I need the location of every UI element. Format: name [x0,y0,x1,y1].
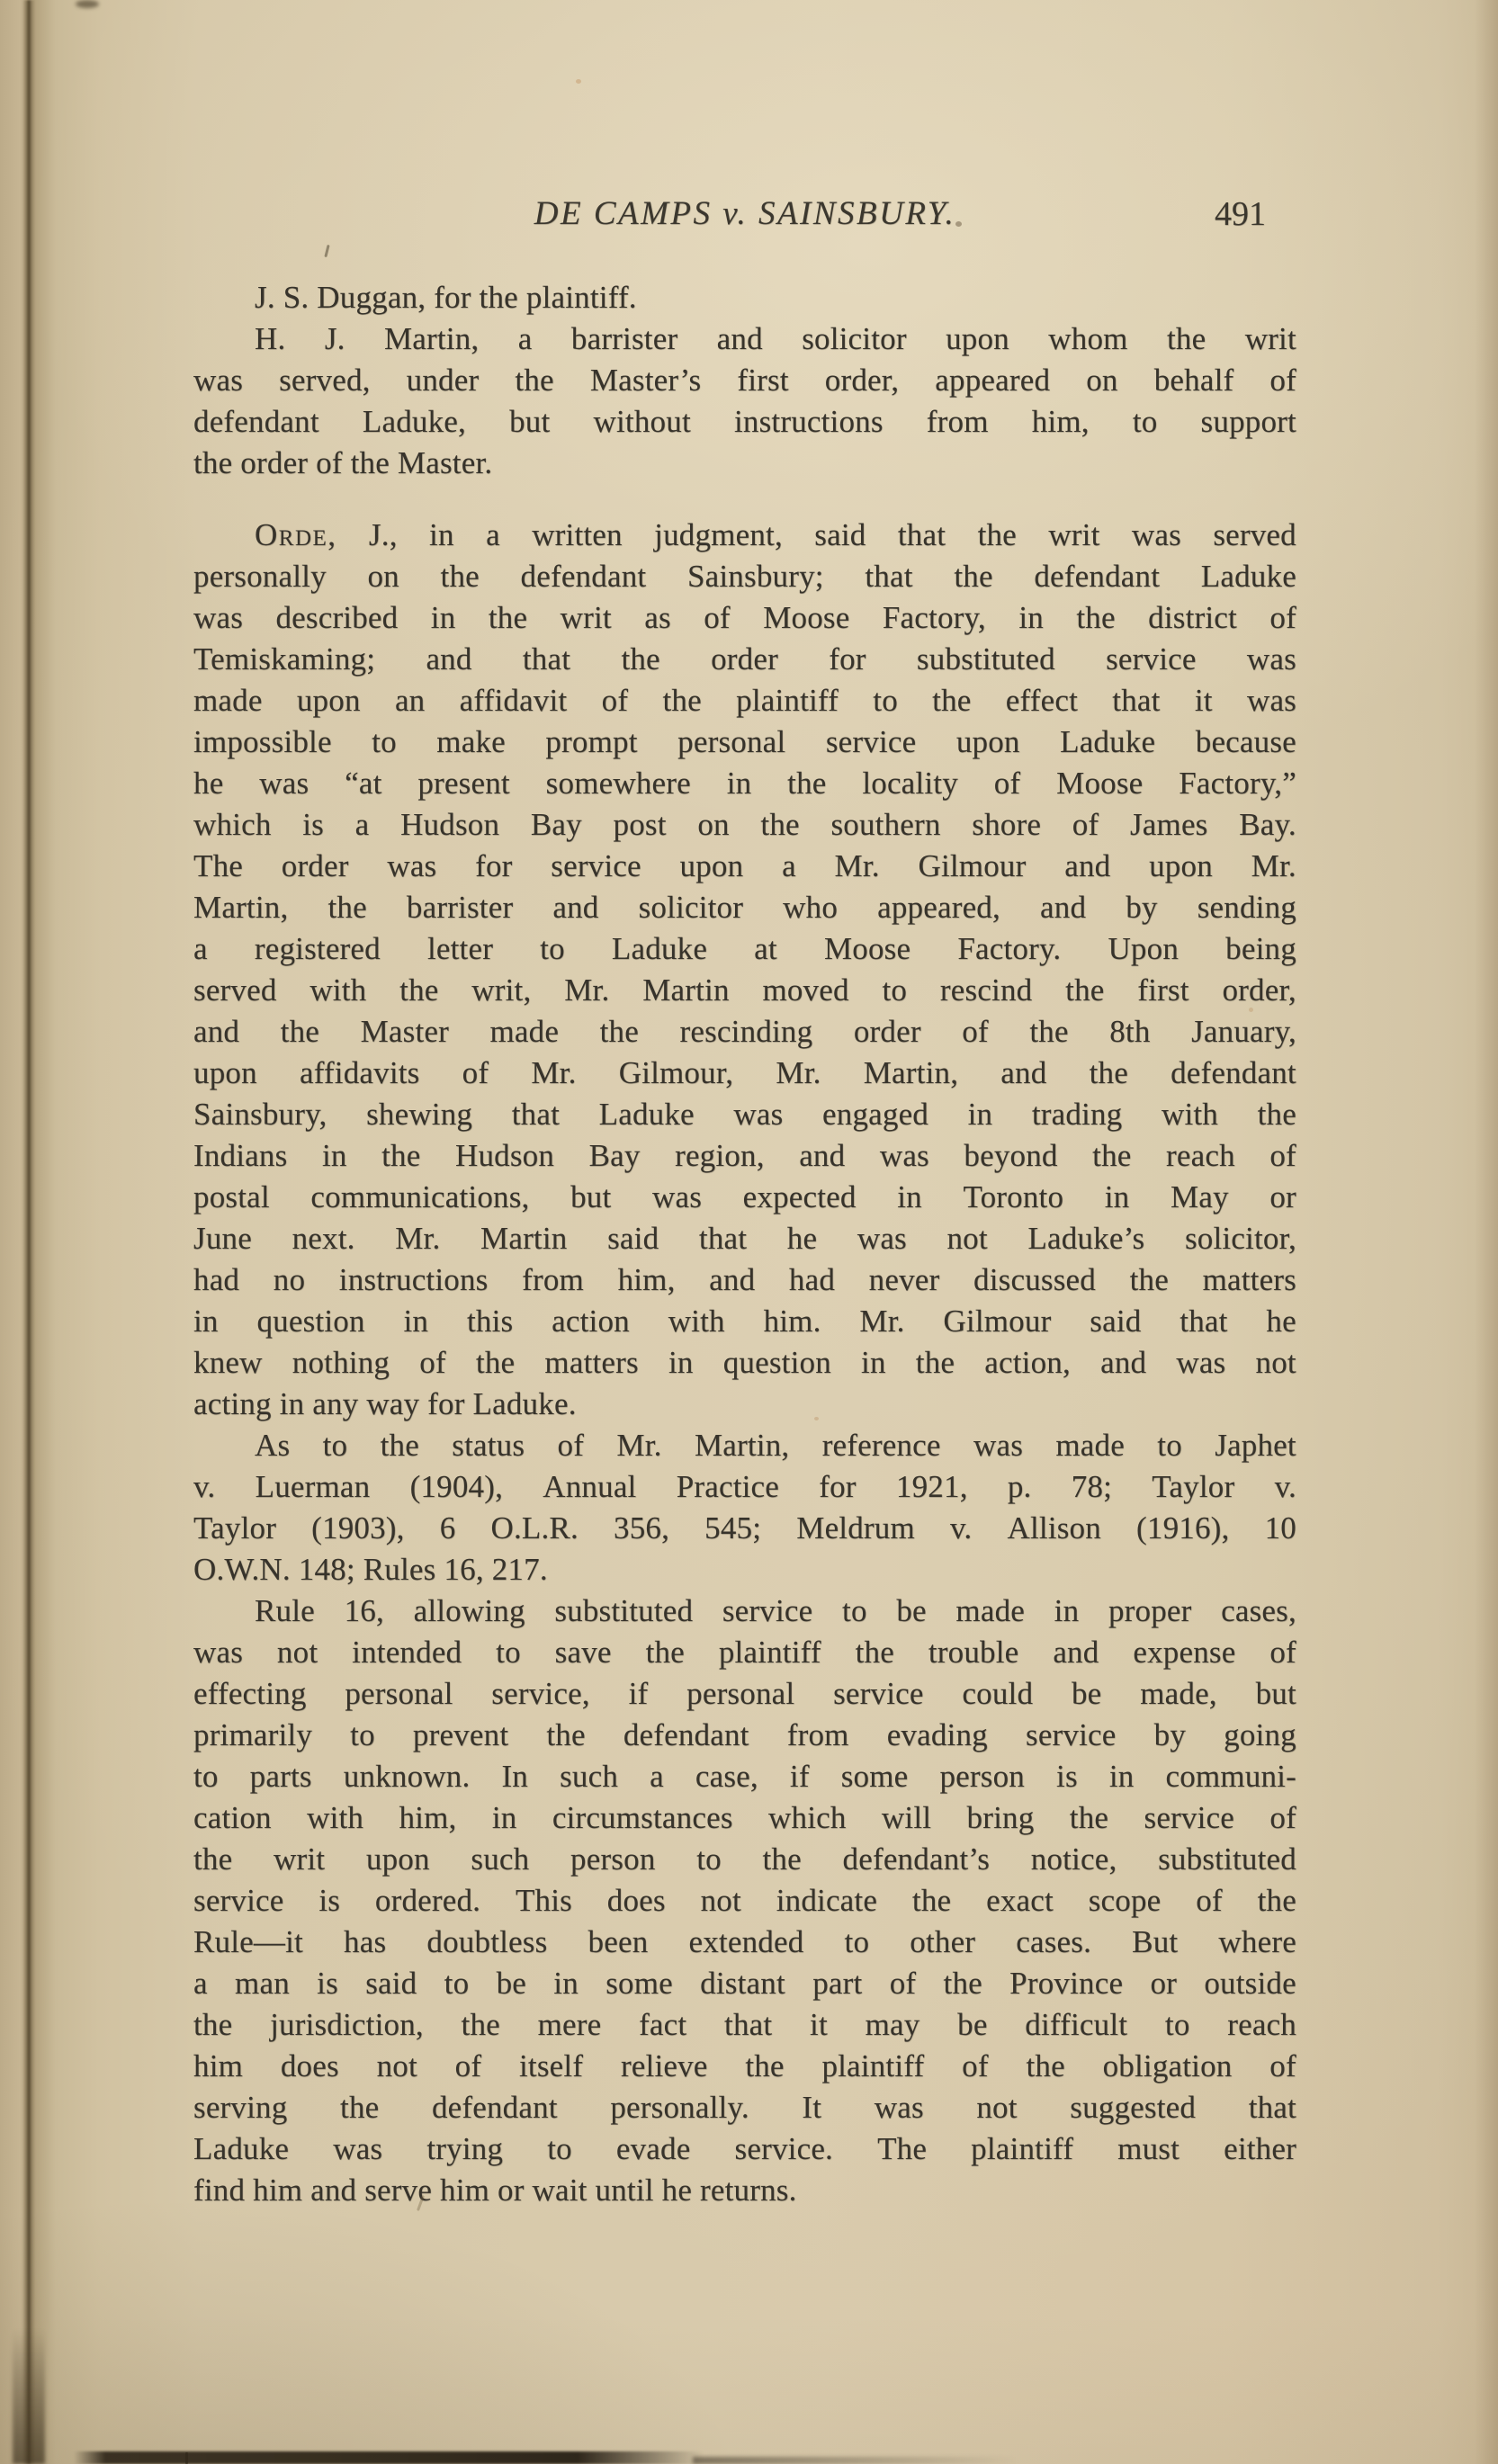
text-line: himdoesnotofitselfrelievetheplaintiffoft… [193,2046,1296,2087]
text-line: find him and serve him or wait until he … [193,2170,1296,2211]
text-line: uponaffidavitsofMr.Gilmour,Mr.Martin,and… [193,1053,1296,1094]
text-line: Ladukewastryingtoevadeservice.Theplainti… [193,2128,1296,2170]
text-line: hewas“atpresentsomewhereinthelocalityofM… [193,763,1296,804]
text-line: whichisaHudsonBaypostonthesouthernshoreo… [193,804,1296,846]
text-line: Taylor(1903),6O.L.R.356,545;Meldrumv.All… [193,1508,1296,1549]
text-line: defendantLaduke,butwithoutinstructionsfr… [193,401,1296,443]
text-line: H.J.Martin,abarristerandsolicitoruponwho… [193,318,1296,360]
paragraph: Orde,J.,inawrittenjudgment,saidthatthewr… [193,515,1296,1425]
text-line: primarilytopreventthedefendantfromevadin… [193,1715,1296,1756]
paragraph: H.J.Martin,abarristerandsolicitoruponwho… [193,318,1296,484]
text-line: thejurisdiction,themerefactthatitmaybedi… [193,2004,1296,2046]
running-header-case-title: DE CAMPS v. SAINSBURY. [193,194,1296,233]
text-line: personallyonthedefendantSainsbury;thatth… [193,556,1296,597]
text-line: servedwiththewrit,Mr.Martinmovedtorescin… [193,970,1296,1011]
text-line: Sainsbury,shewingthatLadukewasengagedint… [193,1094,1296,1135]
text-line: wasnotintendedtosavetheplaintiffthetroub… [193,1632,1296,1673]
text-line: thewrituponsuchpersontothedefendant’snot… [193,1839,1296,1880]
text-line: postalcommunications,butwasexpectedinTor… [193,1177,1296,1218]
text-line: IndiansintheHudsonBayregion,andwasbeyond… [193,1135,1296,1177]
text-line: impossibletomakepromptpersonalserviceupo… [193,721,1296,763]
text-line: J. S. Duggan, for the plaintiff. [193,277,1296,318]
text-line: AstothestatusofMr.Martin,referencewasmad… [193,1425,1296,1466]
text-line: v.Luerman(1904),AnnualPracticefor1921,p.… [193,1466,1296,1508]
text-line: knewnothingofthemattersinquestionintheac… [193,1342,1296,1384]
page-number: 491 [1215,194,1266,234]
text-line: andtheMastermadetherescindingorderofthe8… [193,1011,1296,1053]
paper-speck [576,79,581,84]
judgment-text: J. S. Duggan, for the plaintiff.H.J.Mart… [193,277,1296,2211]
text-line: TheorderwasforserviceuponaMr.Gilmourandu… [193,846,1296,887]
running-header: DE CAMPS v. SAINSBURY. 491 [193,194,1296,241]
text-line: topartsunknown.Insuchacase,ifsomepersoni… [193,1756,1296,1797]
text-line: Temiskaming;andthattheorderforsubstitute… [193,639,1296,680]
text-line: madeuponanaffidavitoftheplaintifftotheef… [193,680,1296,721]
binding-crease [22,0,35,2464]
text-line: servingthedefendantpersonally.Itwasnotsu… [193,2087,1296,2128]
paragraph: Rule16,allowingsubstitutedservicetobemad… [193,1590,1296,2211]
text-line: serviceisordered.Thisdoesnotindicatethee… [193,1880,1296,1922]
text-line: wasdescribedinthewritasofMooseFactory,in… [193,597,1296,639]
page-bottom-edge-shadow [74,2451,704,2464]
text-line: aregisteredlettertoLadukeatMooseFactory.… [193,928,1296,970]
text-line: the order of the Master. [193,443,1296,484]
text-line: wasserved,undertheMaster’sfirstorder,app… [193,360,1296,401]
paragraph: J. S. Duggan, for the plaintiff. [193,277,1296,318]
text-line: effectingpersonalservice,ifpersonalservi… [193,1673,1296,1715]
text-line: Rule—ithasdoubtlessbeenextendedtootherca… [193,1922,1296,1963]
text-line: inquestioninthisactionwithhim.Mr.Gilmour… [193,1301,1296,1342]
scan-edge-mark [76,0,99,8]
text-line: Orde,J.,inawrittenjudgment,saidthatthewr… [193,515,1296,556]
page-right-edge-shading [1475,0,1498,2464]
text-line: cationwithhim,incircumstanceswhichwillbr… [193,1797,1296,1839]
text-line: acting in any way for Laduke. [193,1384,1296,1425]
paper-speck [324,245,329,257]
text-line: hadnoinstructionsfromhim,andhadneverdisc… [193,1259,1296,1301]
text-line: amanissaidtobeinsomedistantpartoftheProv… [193,1963,1296,2004]
binding-crease-shadow [13,2329,45,2464]
text-line: Rule16,allowingsubstitutedservicetobemad… [193,1590,1296,1632]
text-line: Martin,thebarristerandsolicitorwhoappear… [193,887,1296,928]
text-line: O.W.N. 148; Rules 16, 217. [193,1549,1296,1590]
page-bottom-edge-shadow-tail [693,2457,1017,2464]
book-page: DE CAMPS v. SAINSBURY. 491 J. S. Duggan,… [0,0,1498,2464]
text-line: Junenext.Mr.MartinsaidthathewasnotLaduke… [193,1218,1296,1259]
paragraph: AstothestatusofMr.Martin,referencewasmad… [193,1425,1296,1590]
